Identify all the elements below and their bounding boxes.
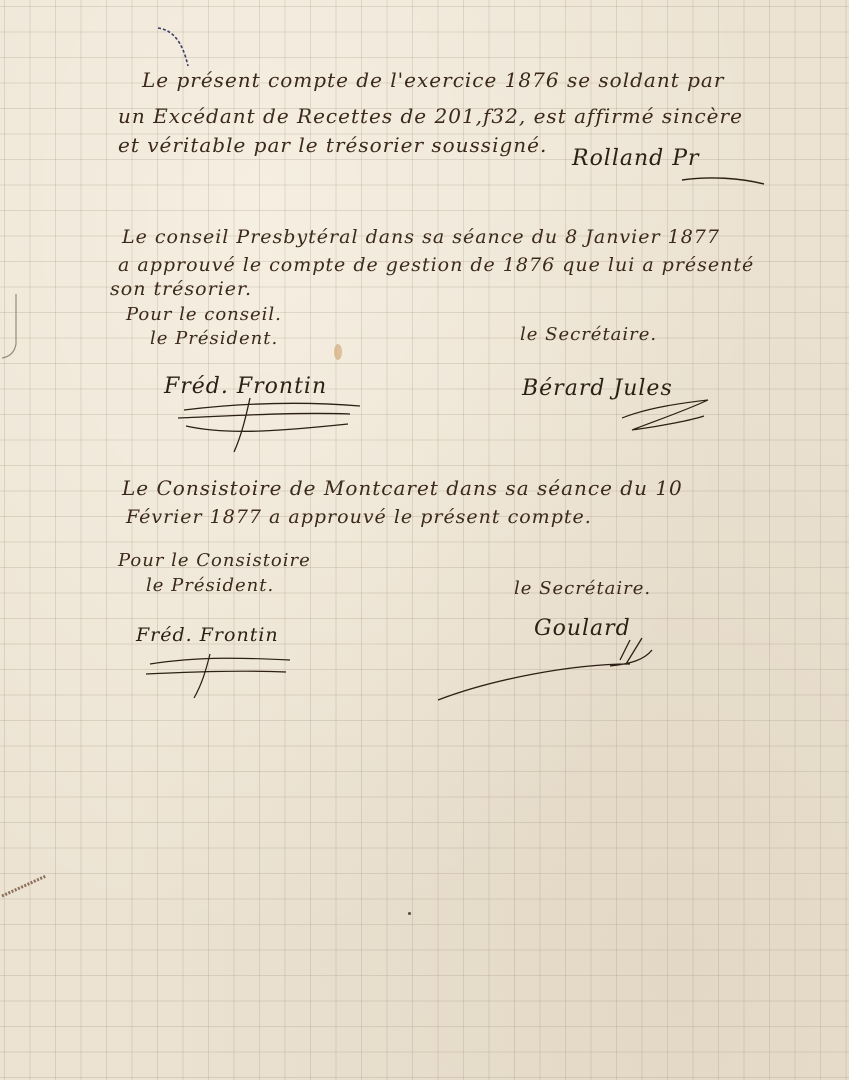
statement-line-1: Le présent compte de l'exercice 1876 se … (142, 68, 724, 92)
council-line-3: son trésorier. (110, 278, 252, 300)
consistory-for-label: Pour le Consistoire (118, 550, 311, 571)
ink-stain (334, 344, 342, 360)
small-mark (408, 912, 411, 915)
margin-pencil-mark (0, 872, 50, 902)
statement-line-2: un Excédant de Recettes de 201,f32, est … (118, 104, 743, 128)
council-line-2: a approuvé le compte de gestion de 1876 … (118, 254, 754, 276)
treasurer-signature: Rolland Pr (572, 146, 700, 171)
council-line-1: Le conseil Presbytéral dans sa séance du… (122, 226, 720, 248)
president-paraph (170, 396, 370, 456)
consistory-president-paraph (140, 652, 300, 702)
document-page: Le présent compte de l'exercice 1876 se … (0, 0, 849, 1080)
consistory-secretary-paraph (430, 620, 660, 710)
consistory-secretary-label: le Secrétaire. (514, 578, 651, 599)
council-secretary-label: le Secrétaire. (520, 324, 657, 345)
council-for-label: Pour le conseil. (126, 304, 282, 325)
consistory-president-label: le Président. (146, 575, 274, 596)
consistory-line-1: Le Consistoire de Montcaret dans sa séan… (122, 476, 683, 500)
consistory-line-2: Février 1877 a approuvé le présent compt… (126, 506, 592, 528)
council-president-label: le Président. (150, 328, 278, 349)
secretary-paraph (612, 390, 722, 450)
statement-line-3: et véritable par le trésorier soussigné. (118, 133, 547, 157)
margin-bracket (0, 290, 20, 360)
consistory-president-signature: Fréd. Frontin (136, 624, 279, 646)
signature-underline (680, 170, 770, 190)
